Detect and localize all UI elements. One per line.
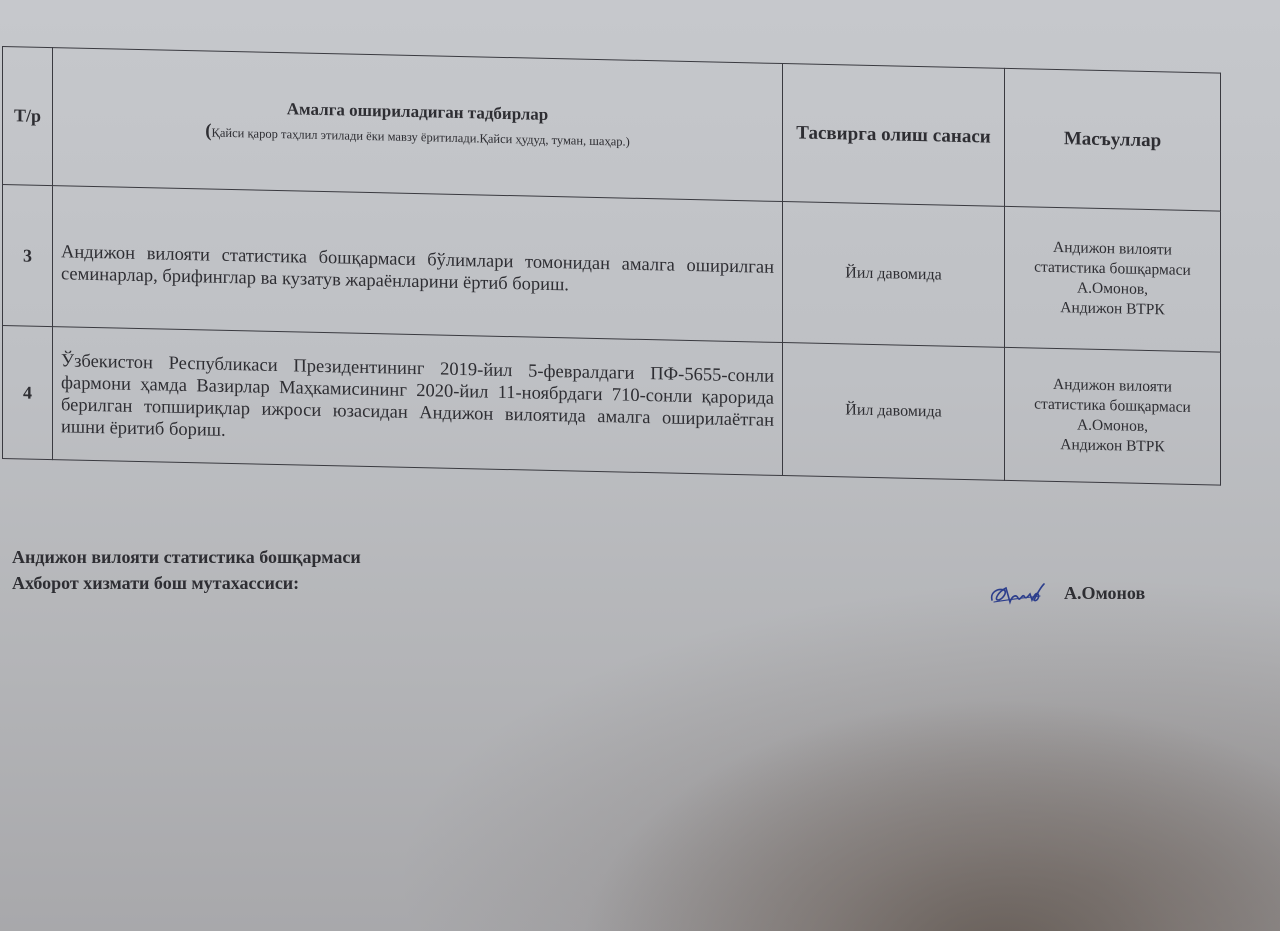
row-number: 3 [3,185,53,327]
document-page: Т/р Амалга ошириладиган тадбирлар (Қайси… [0,0,1280,931]
activities-table: Т/р Амалга ошириладиган тадбирлар (Қайси… [2,46,1221,486]
header-activities-subtitle-text: Қайси қарор таҳлил этилади ёки мавзу ёри… [212,126,630,149]
signature-icon [988,578,1046,608]
row-filming-date: Йил давомида [783,343,1005,481]
responsible-line: Андижон ВТРК [1011,297,1214,321]
table-row: 4 Ўзбекистон Республикаси Президентининг… [3,326,1221,486]
row-number: 4 [3,326,53,460]
header-filming-date: Тасвирга олиш санаси [783,64,1005,207]
position-title: Ахборот хизмати бош мутахассиси: [12,570,361,596]
signer-name: А.Омонов [1064,583,1145,604]
signature-block: Андижон вилояти статистика бошқармаси Ах… [12,544,361,596]
header-number: Т/р [3,47,53,186]
header-activities: Амалга ошириладиган тадбирлар (Қайси қар… [53,48,783,202]
responsible-line: Андижон ВТРК [1011,434,1214,458]
activities-table-wrapper: Т/р Амалга ошириладиган тадбирлар (Қайси… [2,46,1220,486]
row-activity: Ўзбекистон Республикаси Президентининг 2… [53,327,783,476]
row-responsible: Андижон вилояти статистика бошқармаси А.… [1005,206,1221,352]
table-header-row: Т/р Амалга ошириладиган тадбирлар (Қайси… [3,47,1221,212]
table-row: 3 Андижон вилояти статистика бошқармаси … [3,185,1221,353]
header-responsible: Масъуллар [1005,68,1221,211]
row-filming-date: Йил давомида [783,202,1005,348]
row-activity: Андижон вилояти статистика бошқармаси бў… [53,186,783,343]
signer: А.Омонов [988,578,1145,608]
row-responsible: Андижон вилояти статистика бошқармаси А.… [1005,347,1221,485]
organization-name: Андижон вилояти статистика бошқармаси [12,544,361,570]
